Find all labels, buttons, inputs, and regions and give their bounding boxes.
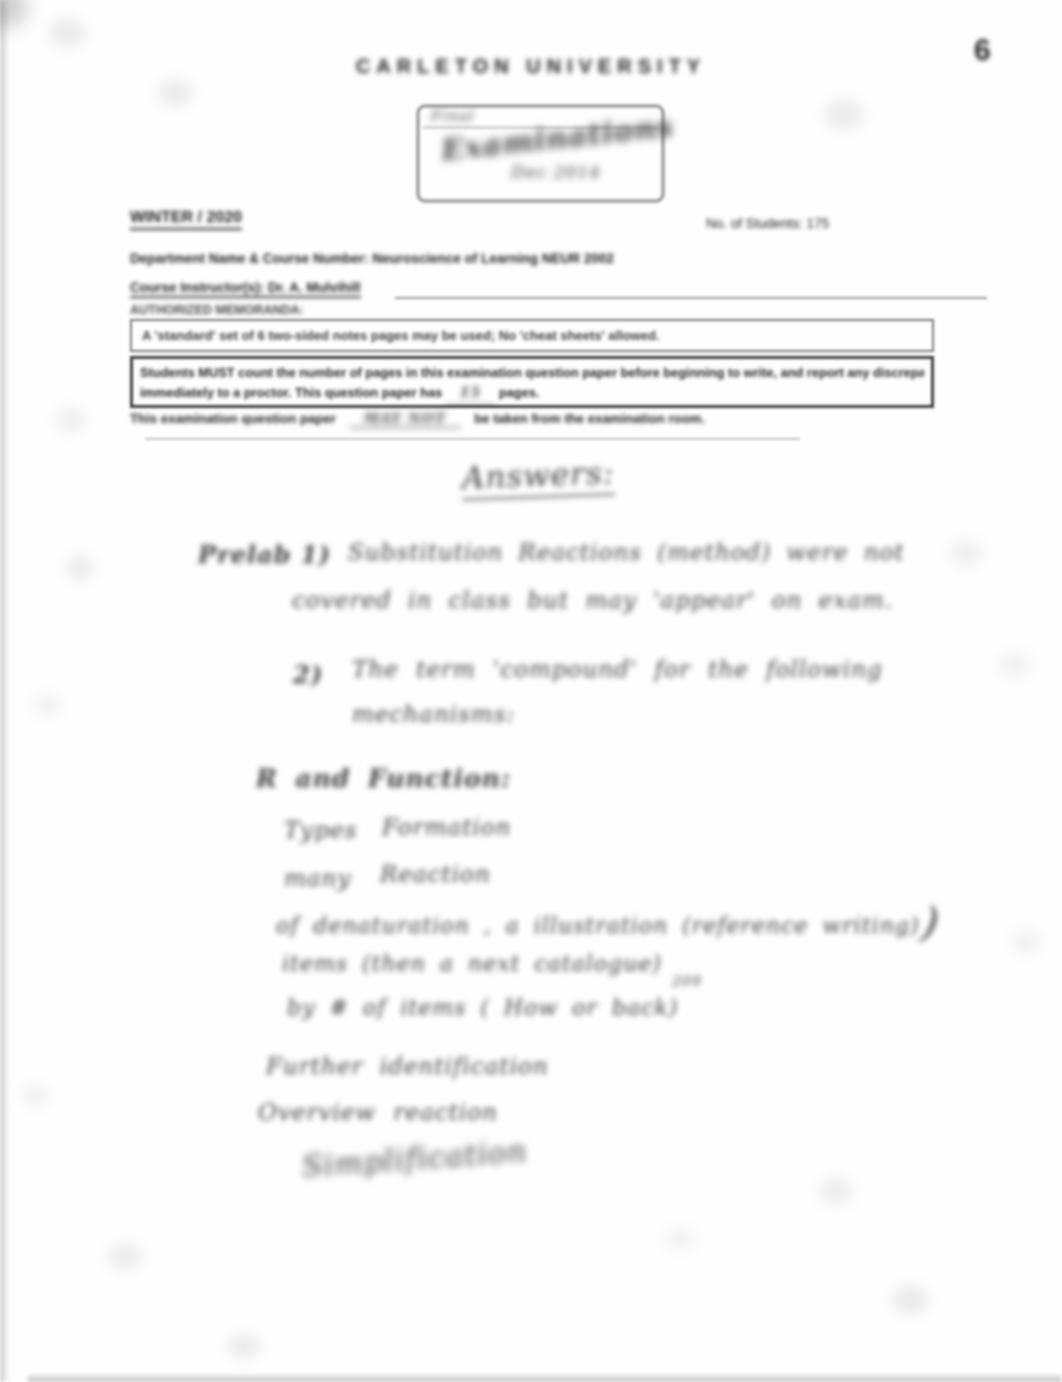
department-course-line: Department Name & Course Number: Neurosc… [130, 251, 614, 266]
scan-smudge [56, 408, 86, 432]
scanned-exam-page: 6 CARLETON UNIVERSITY Final Examinations… [0, 0, 1062, 1382]
university-title: CARLETON UNIVERSITY [0, 56, 1062, 79]
note-bracket: ) [919, 897, 943, 948]
authorized-memoranda-box: A 'standard' set of 6 two-sided notes pa… [130, 319, 934, 352]
note2-line1: The term 'compound' for the following [352, 657, 883, 683]
list-item-left: Types [284, 818, 357, 844]
note-short-line1: Further identification [266, 1054, 549, 1080]
note-superscript: 209 [672, 974, 702, 990]
answers-heading: Answers: [461, 455, 615, 500]
memoranda-label: AUTHORIZED MEMORANDA: [130, 303, 304, 317]
scan-edge-left [0, 0, 9, 1382]
list-item-right: Reaction [380, 862, 491, 888]
takehome-rule [145, 438, 800, 440]
instructor-line: Course Instructor(s): Dr. A. Mulvihill [130, 280, 361, 298]
memoranda-text: A 'standard' set of 6 two-sided notes pa… [142, 328, 660, 343]
stamp-scribble-top: Final [431, 107, 475, 125]
note-long-line1: of denaturation , a illustration (refere… [276, 914, 920, 939]
scan-smudge [892, 1286, 928, 1314]
stamp-scribble-main: Examinations [440, 109, 675, 167]
stamp-scribble-bottom: Dec 2014 [511, 163, 601, 183]
scan-smudge [22, 1084, 48, 1106]
scan-smudge [48, 18, 86, 48]
instructor-rule [395, 297, 987, 299]
list-item-right: Formation [382, 815, 511, 841]
scan-smudge [228, 1334, 260, 1358]
count-instruction-line2: immediately to a proctor. This question … [140, 383, 924, 406]
section-heading: R and Function: [256, 764, 511, 793]
scan-smudge [950, 540, 982, 566]
page-count-instructions-box: Students MUST count the number of pages … [130, 356, 934, 408]
exam-stamp-box: Final Examinations Dec 2014 [417, 105, 664, 202]
note1-line1: Substitution Reactions (method) were not [348, 540, 905, 566]
scan-corner-shadow [0, 0, 28, 28]
students-count: No. of Students: 175 [706, 216, 829, 231]
note2-label: 2) [293, 660, 323, 689]
note1-line2: covered in class but may 'appear' on exa… [292, 588, 893, 614]
scan-smudge [1012, 930, 1040, 954]
scan-smudge [66, 556, 94, 580]
count-instruction-line1: Students MUST count the number of pages … [140, 363, 924, 383]
signature-scribble: Simplification [301, 1134, 528, 1185]
scan-smudge [824, 100, 864, 130]
takehome-blank: MAY NOT [350, 411, 461, 428]
scan-smudge [108, 1244, 142, 1270]
scan-smudge [820, 1178, 852, 1204]
exam-session: WINTER / 2020 [130, 209, 242, 230]
note-short-line2: Overview reaction [258, 1100, 498, 1126]
note-long-line2: items (then a next catalogue) [282, 952, 662, 977]
note2-line2: mechanisms: [352, 702, 515, 728]
scan-smudge [666, 1228, 694, 1250]
scan-edge-bottom [28, 1373, 1062, 1382]
scan-smudge [158, 80, 192, 106]
list-item-left: many [284, 866, 351, 892]
takehome-line: This examination question paper MAY NOT … [130, 411, 705, 428]
scan-smudge [34, 694, 60, 716]
page-count-blank: 15 [446, 383, 495, 406]
note1-label: Prelab 1) [198, 540, 331, 569]
scan-smudge [1000, 652, 1030, 678]
note-long-line3: by # of items ( How or back) [287, 996, 678, 1021]
